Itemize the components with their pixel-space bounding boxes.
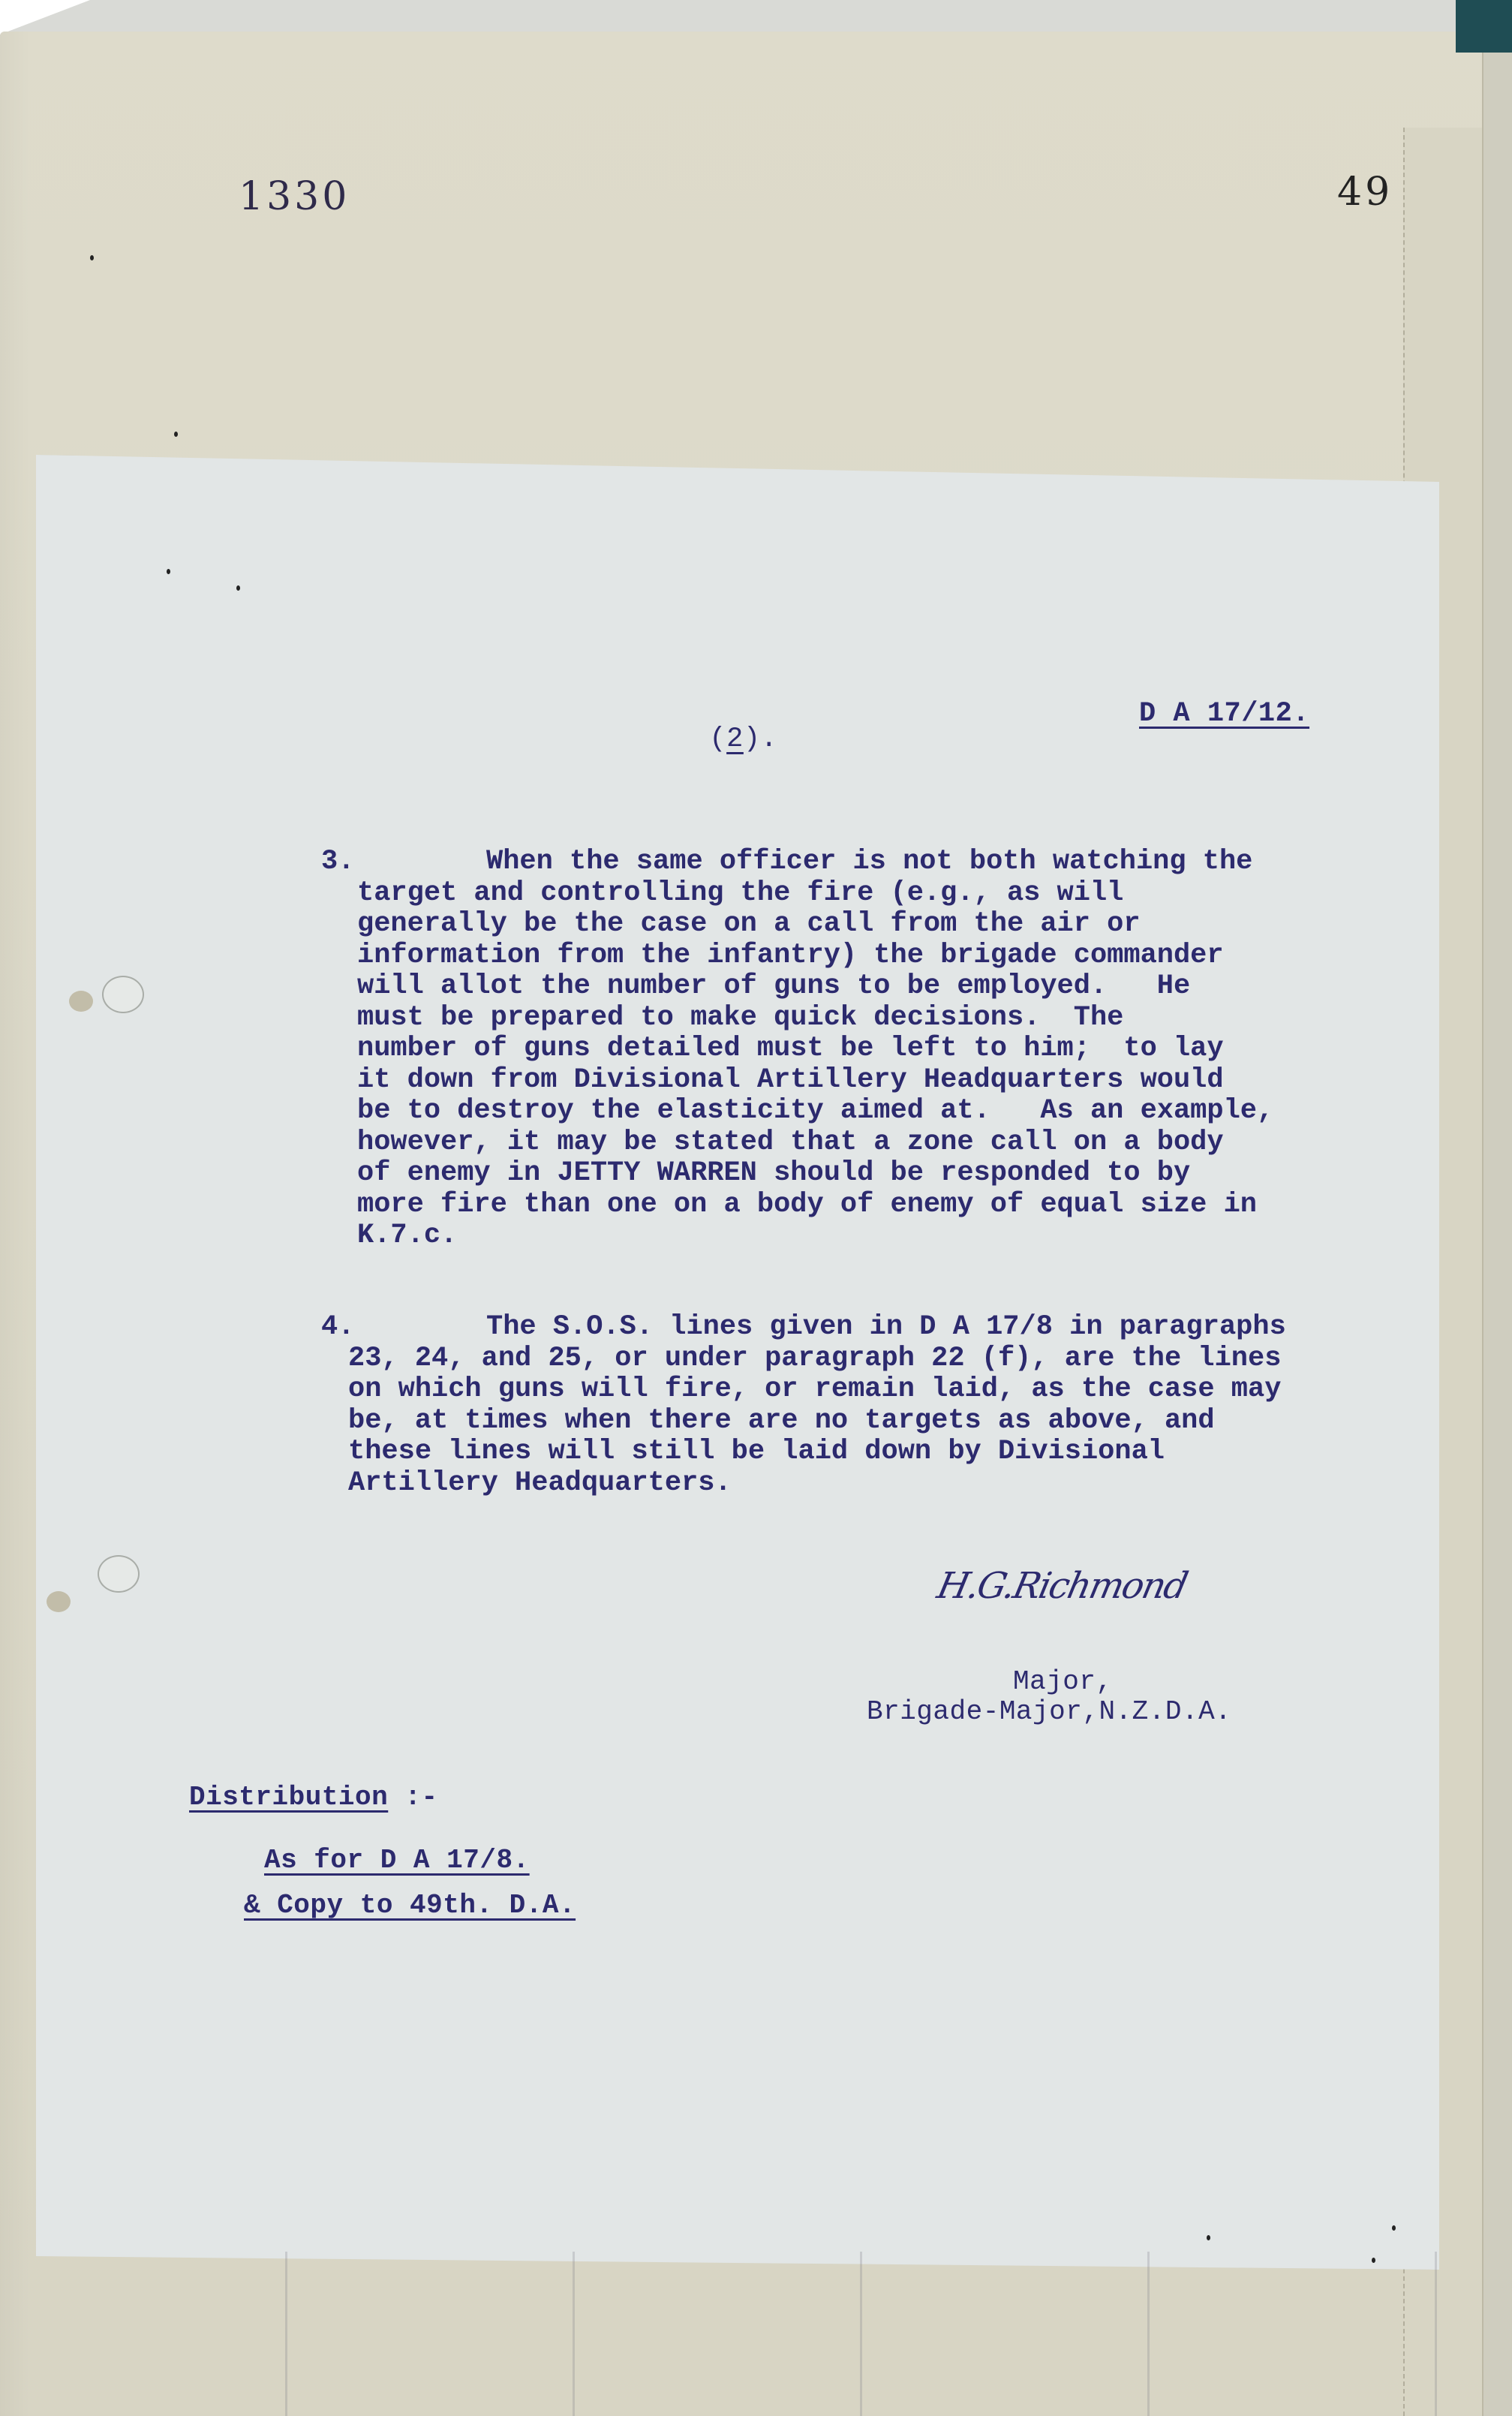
paragraph-line: 23, 24, and 25, or under paragraph 22 (f…	[348, 1343, 1281, 1375]
page-number: 2	[726, 724, 744, 755]
paragraph-first-line: The S.O.S. lines given in D A 17/8 in pa…	[486, 1312, 1286, 1343]
punch-hole-tear	[69, 991, 93, 1012]
ink-speck	[167, 569, 170, 574]
distribution-heading-suffix: :-	[388, 1782, 437, 1813]
ink-speck	[1207, 2235, 1210, 2240]
archive-folio-number-right: 49	[1337, 170, 1393, 215]
page-marker-close: ).	[744, 724, 777, 755]
paragraph-number: 4.	[321, 1312, 354, 1343]
paragraph-line: it down from Divisional Artillery Headqu…	[357, 1065, 1224, 1097]
paragraph-line: K.7.c.	[357, 1220, 457, 1252]
distribution-item: As for D A 17/8.	[264, 1845, 530, 1876]
distribution-heading-label: Distribution	[189, 1782, 388, 1813]
punch-hole-tear	[47, 1591, 71, 1612]
ink-speck	[1392, 2225, 1396, 2231]
ink-speck	[174, 432, 178, 437]
ink-speck	[236, 585, 240, 591]
paragraph-line: information from the infantry) the briga…	[357, 940, 1224, 972]
paragraph-line: target and controlling the fire (e.g., a…	[357, 878, 1123, 910]
paragraph-line: will allot the number of guns to be empl…	[357, 971, 1190, 1003]
paragraph-line: be, at times when there are no targets a…	[348, 1406, 1215, 1437]
page-marker: (2).	[675, 692, 777, 755]
folder-right-edge	[1482, 0, 1512, 2416]
paragraph-line: be to destroy the elasticity aimed at. A…	[357, 1096, 1273, 1127]
paragraph-line: generally be the case on a call from the…	[357, 909, 1141, 940]
signatory-title: Brigade-Major,N.Z.D.A.	[867, 1696, 1231, 1727]
distribution-heading: Distribution :-	[189, 1782, 438, 1813]
paragraph-line: Artillery Headquarters.	[348, 1468, 732, 1500]
document-reference: D A 17/12.	[1139, 698, 1309, 730]
paragraph-line: of enemy in JETTY WARREN should be respo…	[357, 1158, 1190, 1190]
signatory-rank: Major,	[1013, 1666, 1113, 1697]
background-corner	[1456, 0, 1512, 53]
page-marker-open: (	[709, 724, 726, 755]
paragraph-line: number of guns detailed must be left to …	[357, 1033, 1224, 1065]
ink-speck	[90, 255, 94, 260]
punch-hole-icon	[102, 976, 144, 1013]
paragraph-line: more fire than one on a body of enemy of…	[357, 1190, 1257, 1221]
paragraph-first-line: When the same officer is not both watchi…	[486, 847, 1252, 878]
paragraph-line: on which guns will fire, or remain laid,…	[348, 1374, 1281, 1406]
paragraph-line: these lines will still be laid down by D…	[348, 1437, 1165, 1468]
paragraph-number: 3.	[321, 847, 354, 878]
archive-folio-number-left: 1330	[239, 174, 350, 219]
distribution-item: & Copy to 49th. D.A.	[244, 1890, 576, 1921]
paragraph-line: must be prepared to make quick decisions…	[357, 1003, 1123, 1034]
handwritten-signature: H.G.Richmond	[933, 1565, 1190, 1607]
paragraph-line: however, it may be stated that a zone ca…	[357, 1127, 1224, 1159]
punch-hole-icon	[98, 1555, 140, 1593]
folder-lower-area	[0, 2252, 1482, 2416]
